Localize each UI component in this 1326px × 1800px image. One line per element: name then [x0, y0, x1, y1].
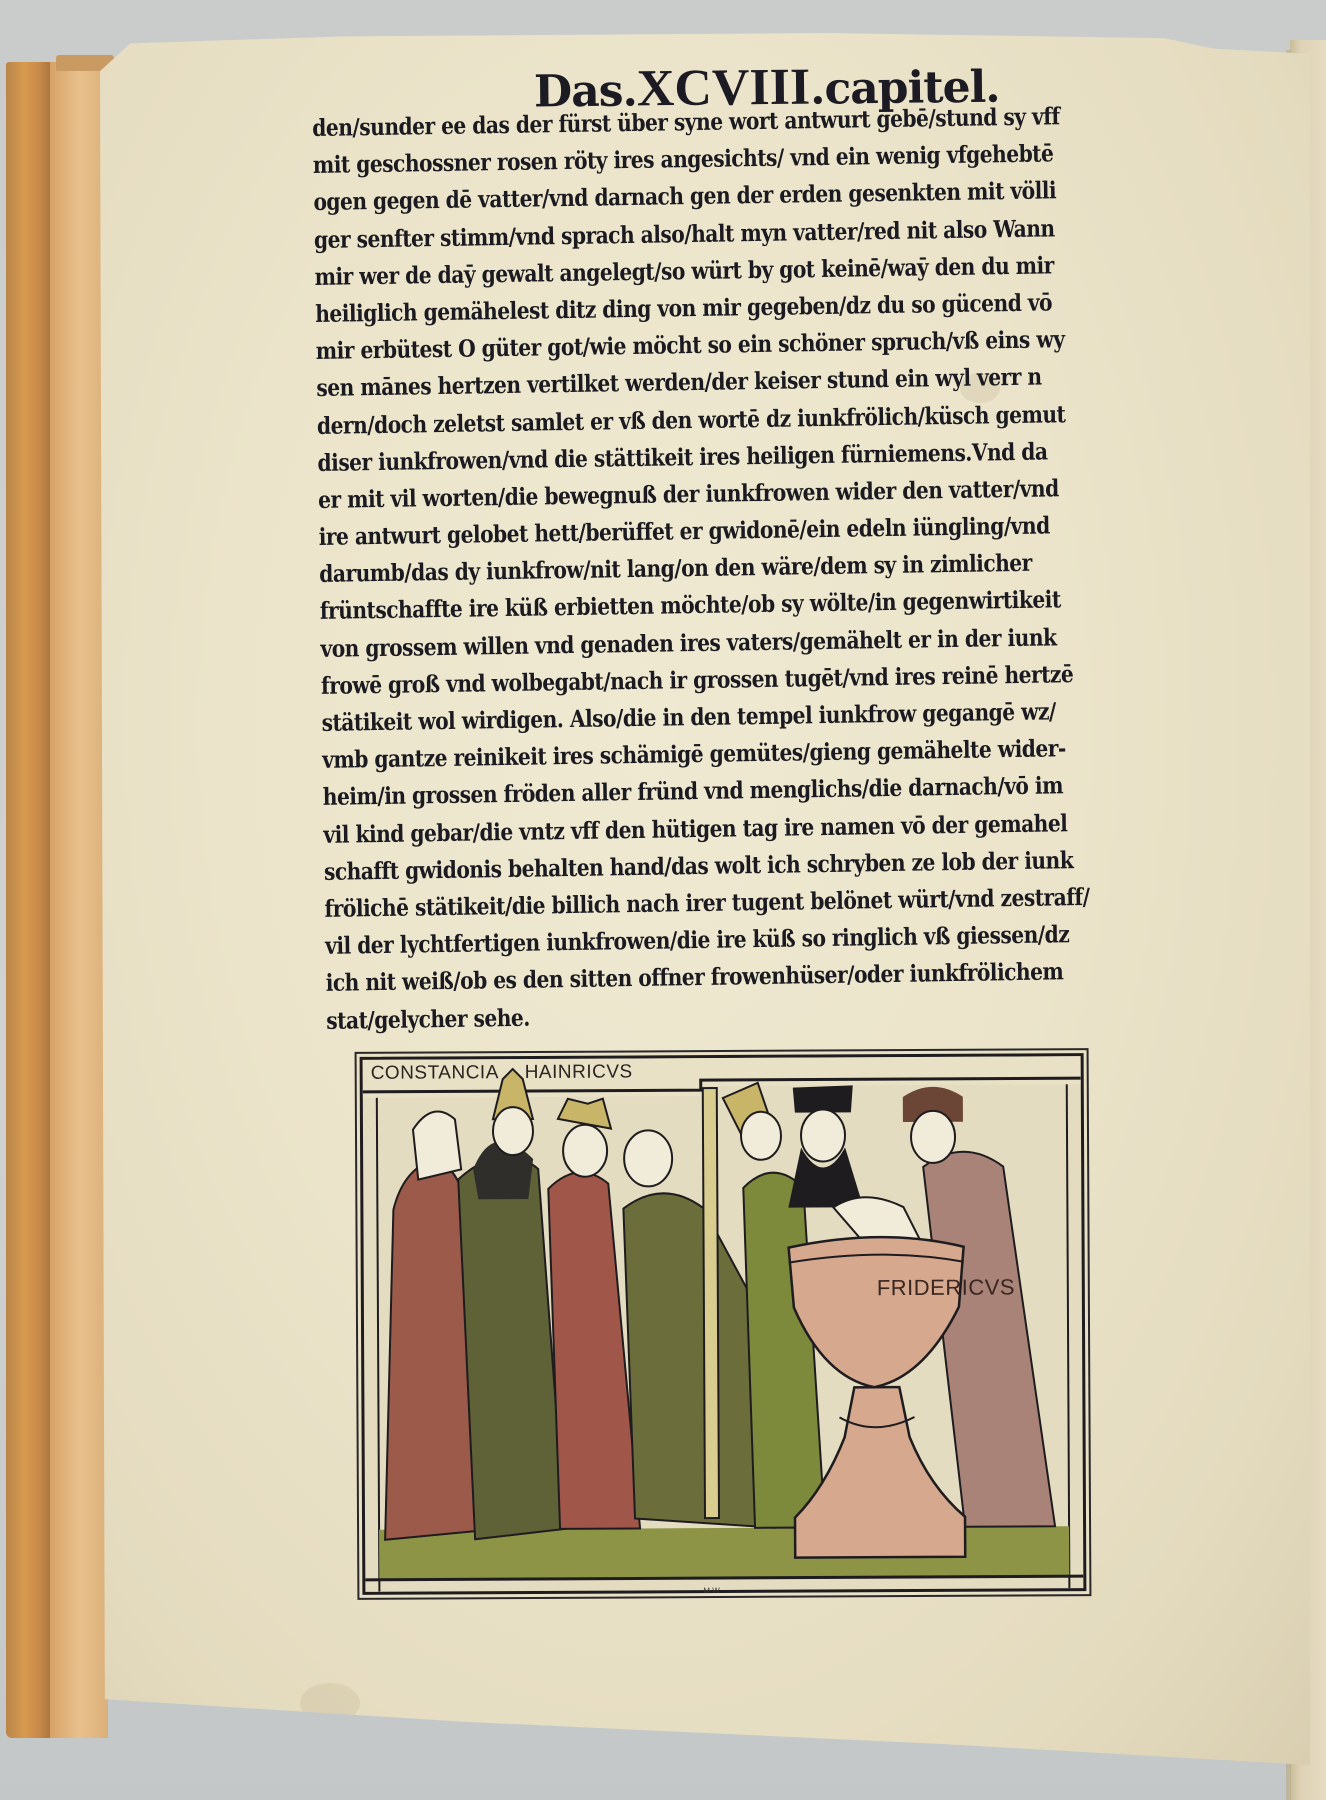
banner-label-hainricus: HAINRICVS	[525, 1061, 633, 1084]
woodcut-illustration: CONSTANCIA HAINRICVS FRIDERICVS M W	[360, 1053, 1087, 1595]
body-text: den/sunder ee das der fürst über syne wo…	[312, 96, 1206, 1039]
book-board-edge	[50, 62, 108, 1738]
baptism-scene-icon	[363, 1056, 1084, 1592]
banner-label-constancia: CONSTANCIA	[371, 1062, 499, 1085]
book-cover-edge	[6, 62, 52, 1738]
printer-mark: M W	[703, 1586, 719, 1595]
font-inscription: FRIDERICVS	[877, 1274, 1015, 1301]
